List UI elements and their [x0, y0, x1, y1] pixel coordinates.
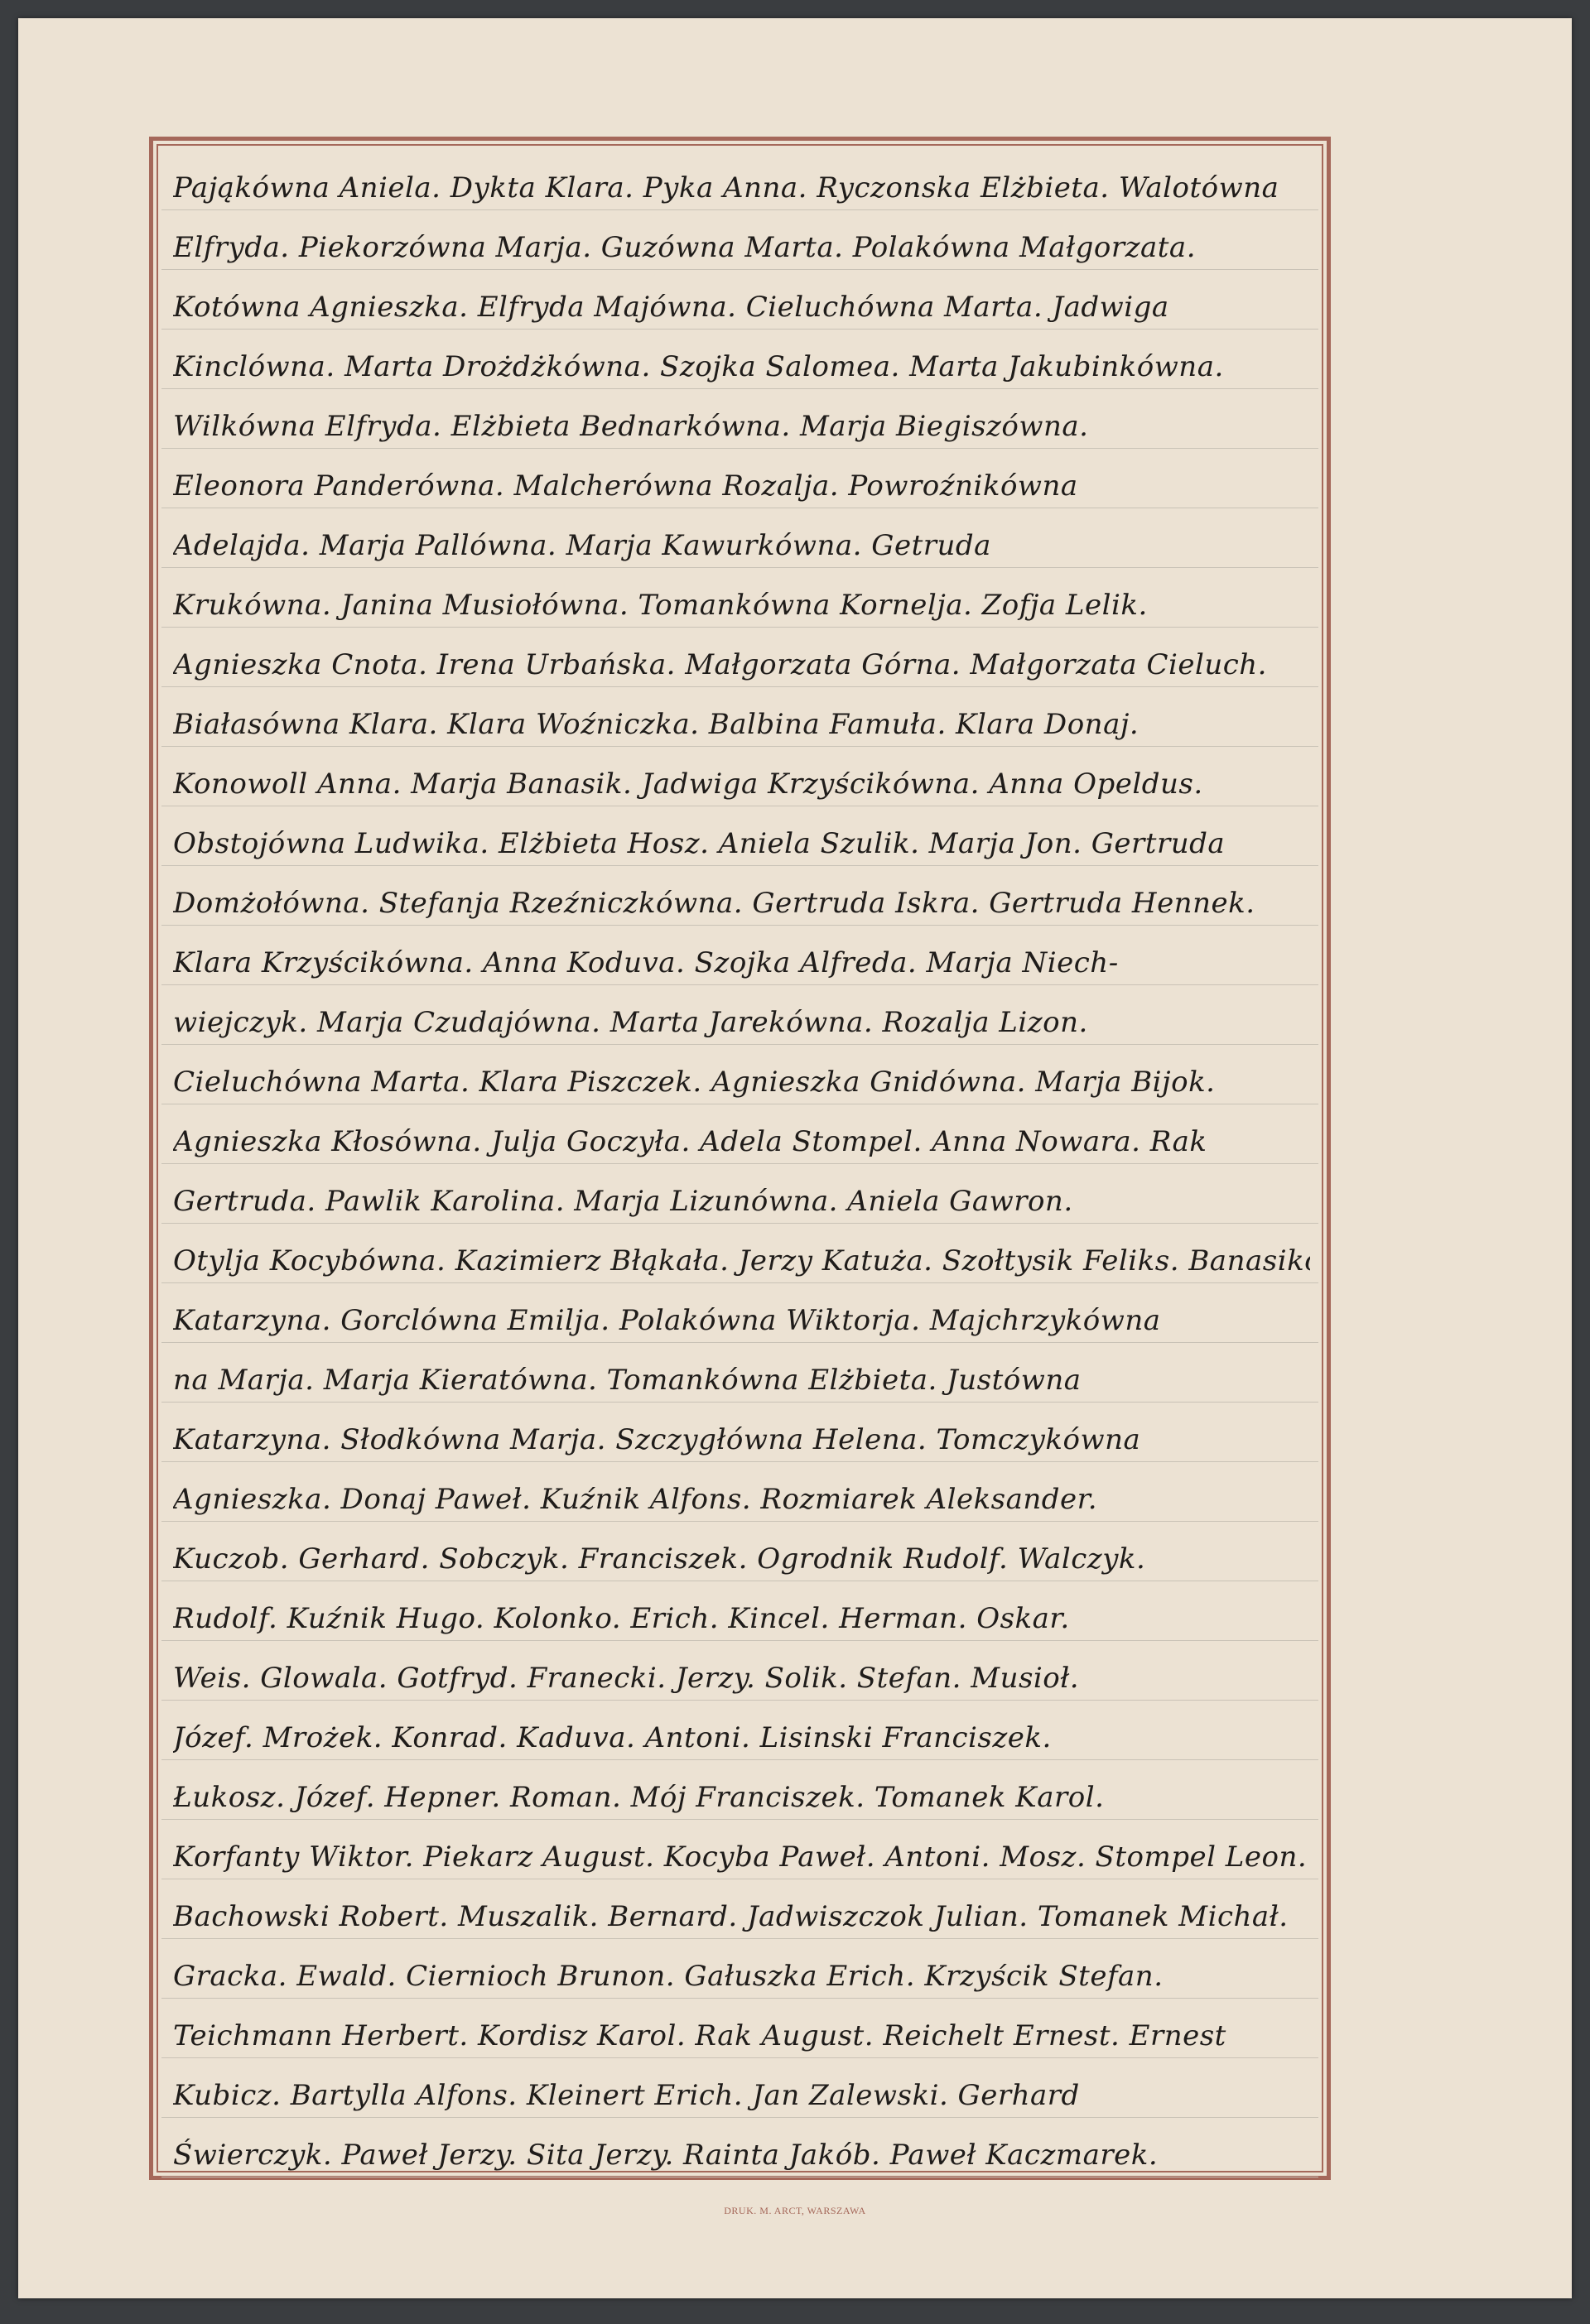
handwritten-line: Agnieszka. Donaj Paweł. Kuźnik Alfons. R… [173, 1483, 1310, 1516]
handwritten-line: Eleonora Panderówna. Malcherówna Rozalja… [173, 469, 1310, 503]
handwritten-line: Elfryda. Piekorzówna Marja. Guzówna Mart… [173, 231, 1310, 264]
handwritten-line: Kotówna Agnieszka. Elfryda Majówna. Ciel… [173, 291, 1310, 324]
text-line: Elfryda. Piekorzówna Marja. Guzówna Mart… [161, 209, 1318, 270]
text-line: Katarzyna. Słodkówna Marja. Szczygłówna … [161, 1401, 1318, 1462]
text-line: Konowoll Anna. Marja Banasik. Jadwiga Kr… [161, 745, 1318, 806]
handwritten-line: Konowoll Anna. Marja Banasik. Jadwiga Kr… [173, 767, 1310, 801]
handwritten-line: Adelajda. Marja Pallówna. Marja Kawurków… [173, 529, 1310, 562]
document-page: Pająkówna Aniela. Dykta Klara. Pyka Anna… [18, 18, 1572, 2298]
handwritten-line: na Marja. Marja Kieratówna. Tomankówna E… [173, 1364, 1310, 1397]
handwritten-line: Domżołówna. Stefanja Rzeźniczkówna. Gert… [173, 887, 1310, 920]
printer-imprint: DRUK. M. ARCT, WARSZAWA [18, 2205, 1572, 2217]
text-line: Krukówna. Janina Musiołówna. Tomankówna … [161, 566, 1318, 628]
text-line: Agnieszka Cnota. Irena Urbańska. Małgorz… [161, 626, 1318, 687]
text-line: Teichmann Herbert. Kordisz Karol. Rak Au… [161, 1997, 1318, 2058]
handwritten-line: Kubicz. Bartylla Alfons. Kleinert Erich.… [173, 2079, 1310, 2112]
handwritten-line: Agnieszka Kłosówna. Julja Goczyła. Adela… [173, 1125, 1310, 1158]
handwritten-line: Pająkówna Aniela. Dykta Klara. Pyka Anna… [173, 171, 1310, 204]
text-line: Klara Krzyścikówna. Anna Koduva. Szojka … [161, 924, 1318, 985]
handwritten-line: Kuczob. Gerhard. Sobczyk. Franciszek. Og… [173, 1542, 1310, 1576]
handwritten-line: wiejczyk. Marja Czudajówna. Marta Jarekó… [173, 1006, 1310, 1039]
text-line: Gracka. Ewald. Ciernioch Brunon. Gałuszk… [161, 1937, 1318, 1999]
handwritten-line: Katarzyna. Słodkówna Marja. Szczygłówna … [173, 1423, 1310, 1456]
text-line: Agnieszka Kłosówna. Julja Goczyła. Adela… [161, 1103, 1318, 1164]
handwritten-line: Otylja Kocybówna. Kazimierz Błąkała. Jer… [173, 1244, 1310, 1277]
text-line: Cieluchówna Marta. Klara Piszczek. Agnie… [161, 1043, 1318, 1104]
handwritten-line: Gertruda. Pawlik Karolina. Marja Lizunów… [173, 1185, 1310, 1218]
handwritten-line: Agnieszka Cnota. Irena Urbańska. Małgorz… [173, 648, 1310, 681]
handwritten-line: Teichmann Herbert. Kordisz Karol. Rak Au… [173, 2019, 1310, 2052]
handwritten-line: Kinclówna. Marta Drożdżkówna. Szojka Sal… [173, 350, 1310, 383]
text-line: Adelajda. Marja Pallówna. Marja Kawurków… [161, 507, 1318, 568]
text-line: Łukosz. Józef. Hepner. Roman. Mój Franci… [161, 1759, 1318, 1820]
text-line: Bachowski Robert. Muszalik. Bernard. Jad… [161, 1878, 1318, 1939]
text-line: Kuczob. Gerhard. Sobczyk. Franciszek. Og… [161, 1520, 1318, 1581]
text-line: Pająkówna Aniela. Dykta Klara. Pyka Anna… [161, 149, 1318, 210]
text-line: Kubicz. Bartylla Alfons. Kleinert Erich.… [161, 2057, 1318, 2118]
handwritten-line: Świerczyk. Paweł Jerzy. Sita Jerzy. Rain… [173, 2139, 1310, 2172]
handwritten-line: Wilkówna Elfryda. Elżbieta Bednarkówna. … [173, 410, 1310, 443]
text-line: Agnieszka. Donaj Paweł. Kuźnik Alfons. R… [161, 1460, 1318, 1522]
text-line: Eleonora Panderówna. Malcherówna Rozalja… [161, 447, 1318, 508]
text-line: Katarzyna. Gorclówna Emilja. Polakówna W… [161, 1282, 1318, 1343]
handwritten-line: Rudolf. Kuźnik Hugo. Kolonko. Erich. Kin… [173, 1602, 1310, 1635]
text-line: Wilkówna Elfryda. Elżbieta Bednarkówna. … [161, 387, 1318, 449]
handwritten-line: Korfanty Wiktor. Piekarz August. Kocyba … [173, 1840, 1310, 1874]
text-line: Kinclówna. Marta Drożdżkówna. Szojka Sal… [161, 328, 1318, 389]
handwritten-line: Cieluchówna Marta. Klara Piszczek. Agnie… [173, 1066, 1310, 1099]
text-line: na Marja. Marja Kieratówna. Tomankówna E… [161, 1341, 1318, 1403]
text-line: wiejczyk. Marja Czudajówna. Marta Jarekó… [161, 984, 1318, 1045]
text-line: Białasówna Klara. Klara Woźniczka. Balbi… [161, 686, 1318, 747]
text-line: Gertruda. Pawlik Karolina. Marja Lizunów… [161, 1162, 1318, 1224]
text-line: Rudolf. Kuźnik Hugo. Kolonko. Erich. Kin… [161, 1580, 1318, 1641]
handwritten-line: Obstojówna Ludwika. Elżbieta Hosz. Aniel… [173, 827, 1310, 860]
text-line: Weis. Glowala. Gotfryd. Franecki. Jerzy.… [161, 1639, 1318, 1701]
handwritten-line: Łukosz. Józef. Hepner. Roman. Mój Franci… [173, 1781, 1310, 1814]
handwritten-line: Józef. Mrożek. Konrad. Kaduva. Antoni. L… [173, 1721, 1310, 1754]
handwritten-line: Krukówna. Janina Musiołówna. Tomankówna … [173, 589, 1310, 622]
decorative-frame: Pająkówna Aniela. Dykta Klara. Pyka Anna… [149, 137, 1331, 2180]
text-line: Kotówna Agnieszka. Elfryda Majówna. Ciel… [161, 268, 1318, 330]
text-line: Domżołówna. Stefanja Rzeźniczkówna. Gert… [161, 864, 1318, 926]
text-line: Obstojówna Ludwika. Elżbieta Hosz. Aniel… [161, 805, 1318, 866]
handwritten-line: Gracka. Ewald. Ciernioch Brunon. Gałuszk… [173, 1960, 1310, 1993]
handwritten-line: Klara Krzyścikówna. Anna Koduva. Szojka … [173, 946, 1310, 979]
text-line: Świerczyk. Paweł Jerzy. Sita Jerzy. Rain… [161, 2116, 1318, 2177]
text-line: Józef. Mrożek. Konrad. Kaduva. Antoni. L… [161, 1699, 1318, 1760]
text-line: Korfanty Wiktor. Piekarz August. Kocyba … [161, 1818, 1318, 1879]
handwritten-line: Białasówna Klara. Klara Woźniczka. Balbi… [173, 708, 1310, 741]
handwritten-line: Weis. Glowala. Gotfryd. Franecki. Jerzy.… [173, 1662, 1310, 1695]
text-line: Otylja Kocybówna. Kazimierz Błąkała. Jer… [161, 1222, 1318, 1283]
ruled-lines: Pająkówna Aniela. Dykta Klara. Pyka Anna… [161, 149, 1318, 2168]
handwritten-line: Bachowski Robert. Muszalik. Bernard. Jad… [173, 1900, 1310, 1933]
handwritten-line: Katarzyna. Gorclówna Emilja. Polakówna W… [173, 1304, 1310, 1337]
